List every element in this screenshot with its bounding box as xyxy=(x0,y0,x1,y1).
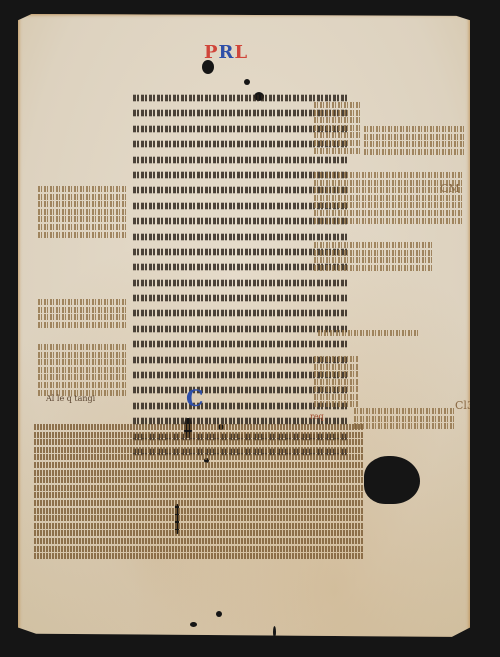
parchment-hole xyxy=(202,60,214,74)
right-gloss-3 xyxy=(314,172,464,225)
right-gloss-1 xyxy=(314,102,362,155)
decorated-initial: C xyxy=(186,386,204,412)
right-margin-mark-cl3: Cl3 xyxy=(455,399,474,412)
marginal-rubric: req xyxy=(310,412,324,421)
right-gloss-6 xyxy=(314,356,358,386)
right-gloss-5 xyxy=(318,330,418,338)
left-margin-note: Al le q tangi xyxy=(46,394,95,403)
left-gloss-3 xyxy=(38,344,126,397)
parchment-tear xyxy=(273,626,276,638)
parchment-hole xyxy=(190,622,197,627)
right-gloss-7 xyxy=(314,386,358,409)
right-gloss-4 xyxy=(314,242,432,272)
parchment-hole xyxy=(216,611,222,617)
manuscript-leaf: PRL PRL C Al le q tangi xyxy=(18,14,470,640)
parchment-hole xyxy=(244,79,250,85)
right-margin-mark-cm: CM xyxy=(440,182,460,195)
left-gloss-2 xyxy=(38,299,126,329)
right-gloss-2 xyxy=(364,126,466,156)
left-gloss-1 xyxy=(38,186,126,239)
parchment-hole-large xyxy=(364,456,420,504)
bottom-gloss-block xyxy=(34,424,364,561)
right-gloss-8 xyxy=(354,408,454,431)
